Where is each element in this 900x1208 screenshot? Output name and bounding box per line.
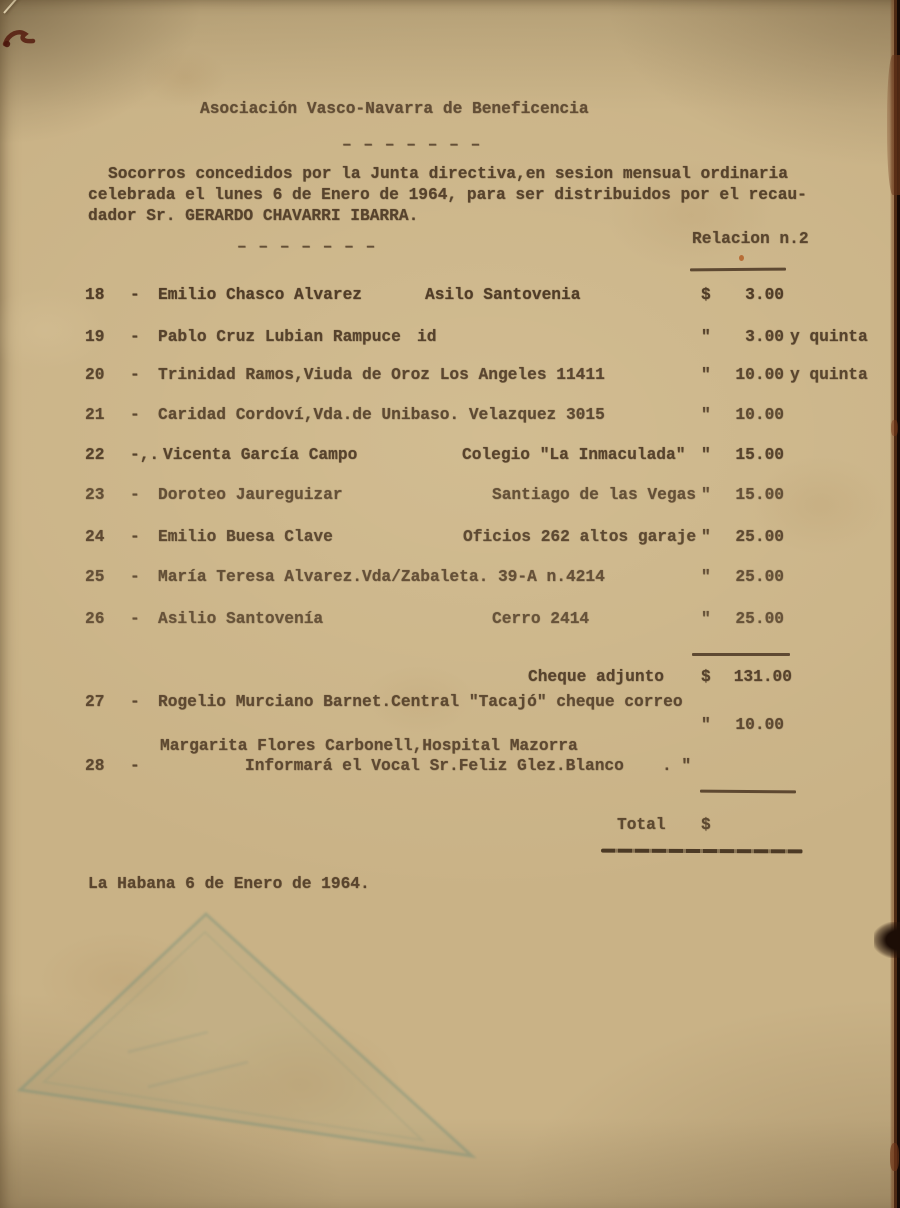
currency-mark: $ [701, 668, 711, 686]
beneficiary-address: Los Angeles 11411 [440, 366, 605, 384]
intro-line: Socorros concedidos por la Junta directi… [108, 165, 788, 183]
amount: 25.00 [718, 568, 784, 586]
beneficiary-address: Colegio "La Inmaculada" [462, 446, 685, 464]
beneficiary-name: Asilio Santovenía [158, 610, 323, 628]
currency-mark: $ [701, 816, 711, 834]
row-number: 23 [85, 486, 104, 504]
amount-suffix: y quinta [790, 366, 868, 384]
table-row: 24 - Emilio Buesa Clave Oficios 262 alto… [0, 528, 900, 550]
row-number: 24 [85, 528, 104, 546]
beneficiary-name: Emilio Chasco Alvarez [158, 286, 362, 304]
amount: 25.00 [718, 528, 784, 546]
row-dash: - [130, 610, 140, 628]
row-dash: - [130, 406, 140, 424]
beneficiary-name: Margarita Flores Carbonell,Hospital Mazo… [160, 737, 578, 755]
rust-spot [890, 1143, 899, 1171]
table-row: 27 - Rogelio Murciano Barnet.Central "Ta… [0, 693, 900, 715]
beneficiary-name: Trinidad Ramos,Viuda de Oroz [158, 366, 430, 384]
amount-row: " 10.00 [0, 716, 900, 738]
beneficiary-name: Caridad Cordoví,Vda.de Unibaso. [158, 406, 459, 424]
amount: 10.00 [718, 366, 784, 384]
total-bottom-rule [601, 849, 803, 854]
row-note: Informará el Vocal Sr.Feliz Glez.Blanco [245, 757, 624, 775]
amount: 25.00 [718, 610, 784, 628]
relacion-underline [690, 268, 786, 271]
total-label: Total [617, 816, 666, 834]
beneficiary-address: Cerro 2414 [492, 610, 589, 628]
row-dash: - [130, 757, 140, 775]
currency-mark: " [701, 610, 711, 628]
beneficiary-address: Asilo Santovenia [425, 286, 580, 304]
beneficiary-name: Emilio Buesa Clave [158, 528, 333, 546]
currency-mark: " [701, 716, 711, 734]
amount: 15.00 [718, 486, 784, 504]
subtotal-rule [692, 653, 790, 656]
row-dash: - [130, 286, 140, 304]
row-dash: - [130, 486, 140, 504]
faint-triangle-stamp [8, 902, 488, 1170]
cheque-row: Cheque adjunto $ 131.00 [0, 668, 900, 690]
rust-blob [874, 922, 900, 958]
currency-mark: " [701, 486, 711, 504]
table-row: 22 -,. Vicenta García Campo Colegio "La … [0, 446, 900, 468]
beneficiary-name: Pablo Cruz Lubian Rampuce [158, 328, 401, 346]
row-number: 22 [85, 446, 104, 464]
table-row: 26 - Asilio Santovenía Cerro 2414 " 25.0… [0, 610, 900, 632]
beneficiary-address: Oficios 262 altos garaje [463, 528, 696, 546]
beneficiary-name: Vicenta García Campo [163, 446, 357, 464]
orange-speck [739, 255, 744, 261]
footer-row: La Habana 6 de Enero de 1964. [0, 875, 900, 897]
currency-mark: $ [701, 286, 711, 304]
total-row: Total $ [0, 816, 900, 838]
amount: 3.00 [718, 328, 784, 346]
currency-mark: " [701, 568, 711, 586]
total-top-rule [700, 790, 796, 793]
beneficiary-address: id [417, 328, 436, 346]
beneficiary-name: María Teresa Alvarez.Vda/Zabaleta. [158, 568, 488, 586]
amount: 10.00 [718, 716, 784, 734]
amount: 10.00 [718, 406, 784, 424]
beneficiary-address: 39-A n.4214 [498, 568, 605, 586]
beneficiary-name: Rogelio Murciano Barnet.Central "Tacajó"… [158, 693, 683, 711]
row-number: 21 [85, 406, 104, 424]
table-row: Margarita Flores Carbonell,Hospital Mazo… [0, 737, 900, 759]
document-title: Asociación Vasco-Navarra de Beneficencia [200, 100, 589, 118]
intro-line: celebrada el lunes 6 de Enero de 1964, p… [88, 186, 807, 204]
beneficiary-address: Santiago de las Vegas [492, 486, 696, 504]
row-number: 20 [85, 366, 104, 384]
title-separator-dashes: – – – – – – – [342, 136, 481, 154]
row-number: 26 [85, 610, 104, 628]
currency-mark: " [701, 406, 711, 424]
amount: 15.00 [718, 446, 784, 464]
table-row: 18 - Emilio Chasco Alvarez Asilo Santove… [0, 286, 900, 308]
row-number: 18 [85, 286, 104, 304]
currency-mark: " [701, 528, 711, 546]
cheque-amount: 131.00 [714, 668, 792, 686]
row-number: 28 [85, 757, 104, 775]
table-row: 19 - Pablo Cruz Lubian Rampuce id " 3.00… [0, 328, 900, 350]
currency-mark: " [701, 328, 711, 346]
beneficiary-address: Velazquez 3015 [469, 406, 605, 424]
table-row: 20 - Trinidad Ramos,Viuda de OrozLos Ang… [0, 366, 900, 388]
currency-mark: " [701, 446, 711, 464]
row-dash: - [130, 568, 140, 586]
table-row: 28 - Informará el Vocal Sr.Feliz Glez.Bl… [0, 757, 900, 779]
ink-smudge-mark [2, 28, 36, 50]
row-number: 19 [85, 328, 104, 346]
scanned-document-page: Asociación Vasco-Navarra de Beneficencia… [0, 0, 900, 1208]
row-dash: - [130, 693, 140, 711]
row-dash: - [130, 528, 140, 546]
intro-line: dador Sr. GERARDO CHAVARRI IBARRA. [88, 207, 418, 225]
cheque-label: Cheque adjunto [528, 668, 664, 686]
amount-suffix: y quinta [790, 328, 868, 346]
row-dash: - [130, 328, 140, 346]
row-suffix: . " [662, 757, 691, 775]
row-dash: - [130, 366, 140, 384]
table-row: 21 - Caridad Cordoví,Vda.de Unibaso.Vela… [0, 406, 900, 428]
row-number: 25 [85, 568, 104, 586]
row-number: 27 [85, 693, 104, 711]
amount: 3.00 [718, 286, 784, 304]
section-separator-dashes: – – – – – – – [237, 238, 376, 256]
currency-mark: " [701, 366, 711, 384]
date-line: La Habana 6 de Enero de 1964. [88, 875, 370, 893]
table-row: 25 - María Teresa Alvarez.Vda/Zabaleta.3… [0, 568, 900, 590]
table-row: 23 - Doroteo Jaureguizar Santiago de las… [0, 486, 900, 508]
beneficiary-name: Doroteo Jaureguizar [158, 486, 343, 504]
corner-crease [3, 0, 32, 14]
row-dash: -,. [130, 446, 159, 464]
